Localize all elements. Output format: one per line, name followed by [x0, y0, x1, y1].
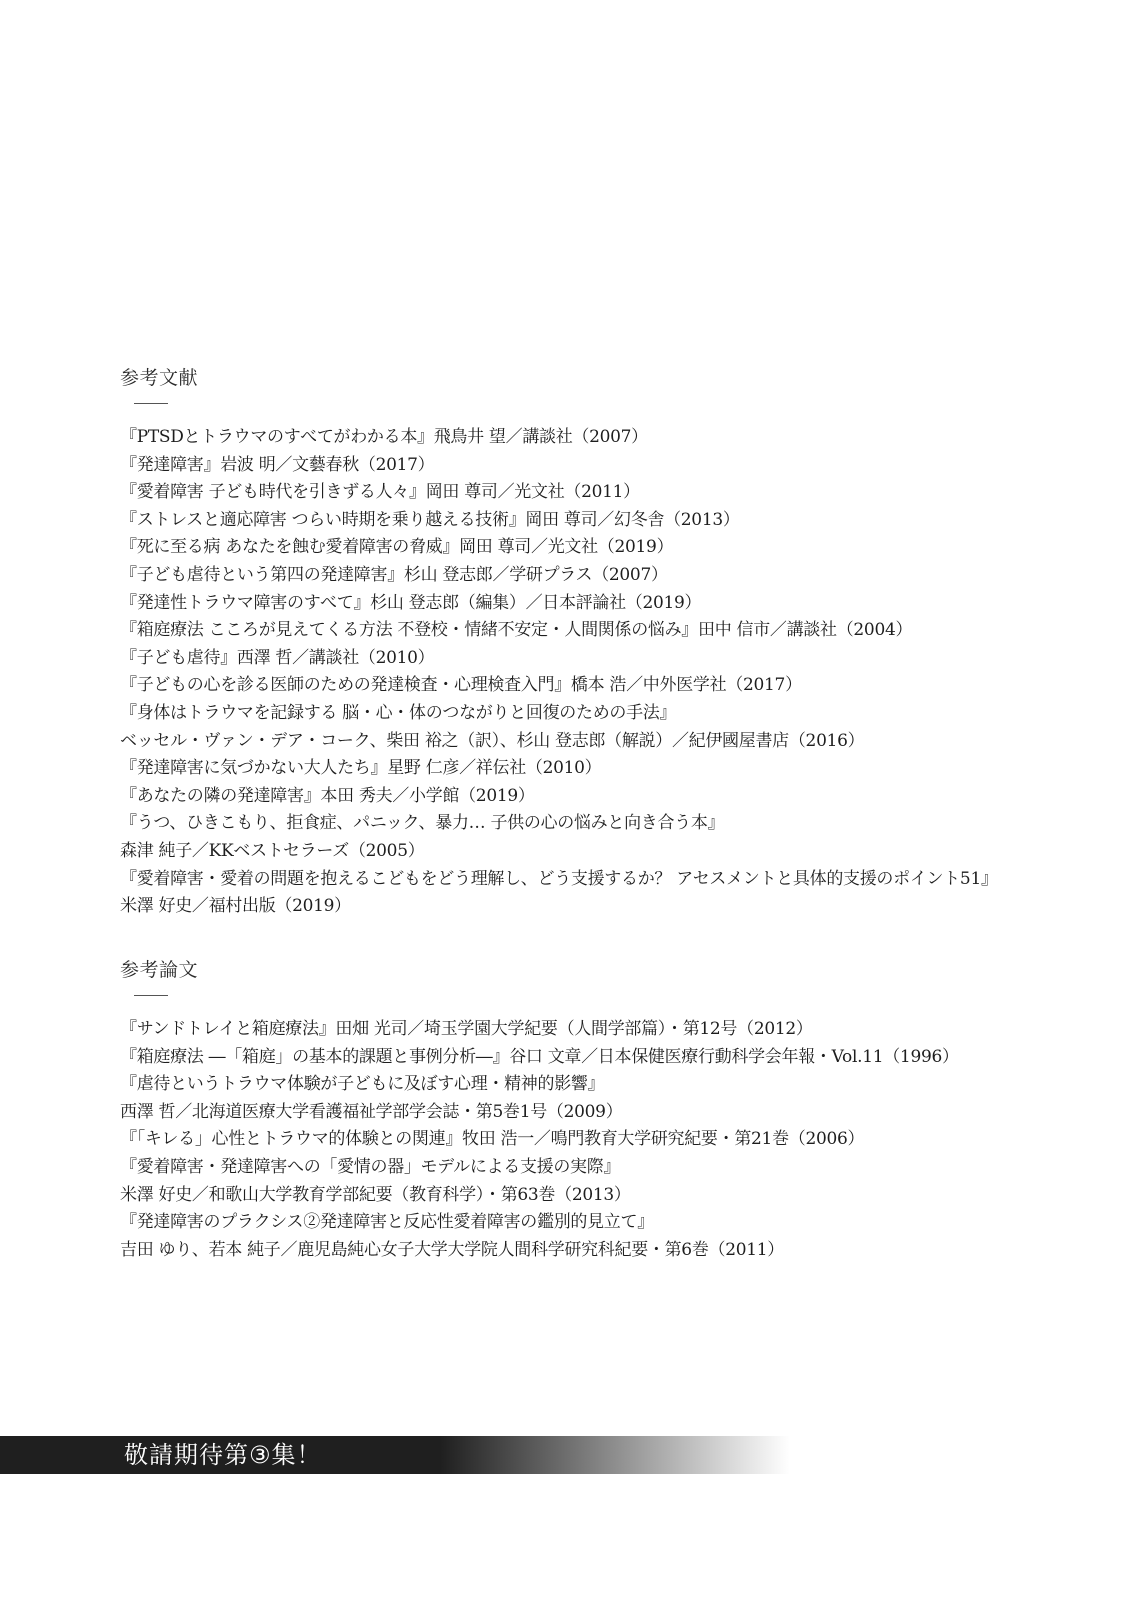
reference-entry: 『あなたの隣の発達障害』本田 秀夫／小学館（2019） [120, 783, 998, 811]
reference-entry: 森津 純子／KKベストセラーズ（2005） [120, 838, 998, 866]
reference-entry: 『発達障害のプラクシス②発達障害と反応性愛着障害の鑑別的見立て』 [120, 1209, 959, 1237]
page: 参考文献 『PTSDとトラウマのすべてがわかる本』飛鳥井 望／講談社（2007）… [0, 0, 1126, 1600]
reference-entry: 『ストレスと適応障害 つらい時期を乗り越える技術』岡田 尊司／幻冬舎（2013） [120, 507, 998, 535]
book-reference-list: 『PTSDとトラウマのすべてがわかる本』飛鳥井 望／講談社（2007） 『発達障… [120, 424, 998, 921]
references-papers-section: 参考論文 『サンドトレイと箱庭療法』田畑 光司／埼玉学園大学紀要（人間学部篇）・… [120, 958, 959, 1264]
reference-entry: 『発達障害』岩波 明／文藝春秋（2017） [120, 452, 998, 480]
section-title-books: 参考文献 [120, 366, 998, 390]
reference-entry: 『発達障害に気づかない大人たち』星野 仁彦／祥伝社（2010） [120, 755, 998, 783]
paper-reference-list: 『サンドトレイと箱庭療法』田畑 光司／埼玉学園大学紀要（人間学部篇）・第12号（… [120, 1016, 959, 1264]
reference-entry: 『子どもの心を診る医師のための発達検査・心理検査入門』橋本 浩／中外医学社（20… [120, 672, 998, 700]
reference-entry: 米澤 好史／福村出版（2019） [120, 893, 998, 921]
section-title-papers: 参考論文 [120, 958, 959, 982]
reference-entry: 『愛着障害・愛着の問題を抱えるこどもをどう理解し、どう支援するか？ アセスメント… [120, 866, 998, 894]
reference-entry: 『箱庭療法 ―「箱庭」の基本的課題と事例分析―』谷口 文章／日本保健医療行動科学… [120, 1044, 959, 1072]
reference-entry: 『PTSDとトラウマのすべてがわかる本』飛鳥井 望／講談社（2007） [120, 424, 998, 452]
reference-entry: 『死に至る病 あなたを蝕む愛着障害の脅威』岡田 尊司／光文社（2019） [120, 534, 998, 562]
reference-entry: 『箱庭療法 こころが見えてくる方法 不登校・情緒不安定・人間関係の悩み』田中 信… [120, 617, 998, 645]
section-underline [134, 995, 168, 996]
reference-entry: 『子ども虐待』西澤 哲／講談社（2010） [120, 645, 998, 673]
reference-entry: 『子ども虐待という第四の発達障害』杉山 登志郎／学研プラス（2007） [120, 562, 998, 590]
reference-entry: ベッセル・ヴァン・デア・コーク、柴田 裕之（訳）、杉山 登志郎（解説）／紀伊國屋… [120, 728, 998, 756]
coming-soon-banner: 敬請期待第③集！ [0, 1436, 790, 1474]
reference-entry: 『虐待というトラウマ体験が子どもに及ぼす心理・精神的影響』 [120, 1071, 959, 1099]
references-books-section: 参考文献 『PTSDとトラウマのすべてがわかる本』飛鳥井 望／講談社（2007）… [120, 366, 998, 921]
reference-entry: 米澤 好史／和歌山大学教育学部紀要（教育科学）・第63巻（2013） [120, 1182, 959, 1210]
banner-text: 敬請期待第③集！ [124, 1438, 322, 1472]
reference-entry: 『「キレる」心性とトラウマ的体験との関連』牧田 浩一／鳴門教育大学研究紀要・第2… [120, 1126, 959, 1154]
reference-entry: 『うつ、ひきこもり、拒食症、パニック、暴力… 子供の心の悩みと向き合う本』 [120, 810, 998, 838]
reference-entry: 『発達性トラウマ障害のすべて』杉山 登志郎（編集）／日本評論社（2019） [120, 590, 998, 618]
reference-entry: 吉田 ゆり、若本 純子／鹿児島純心女子大学大学院人間科学研究科紀要・第6巻（20… [120, 1237, 959, 1265]
reference-entry: 西澤 哲／北海道医療大学看護福祉学部学会誌・第5巻1号（2009） [120, 1099, 959, 1127]
reference-entry: 『身体はトラウマを記録する 脳・心・体のつながりと回復のための手法』 [120, 700, 998, 728]
reference-entry: 『サンドトレイと箱庭療法』田畑 光司／埼玉学園大学紀要（人間学部篇）・第12号（… [120, 1016, 959, 1044]
section-underline [134, 403, 168, 404]
reference-entry: 『愛着障害・発達障害への「愛情の器」モデルによる支援の実際』 [120, 1154, 959, 1182]
reference-entry: 『愛着障害 子ども時代を引きずる人々』岡田 尊司／光文社（2011） [120, 479, 998, 507]
